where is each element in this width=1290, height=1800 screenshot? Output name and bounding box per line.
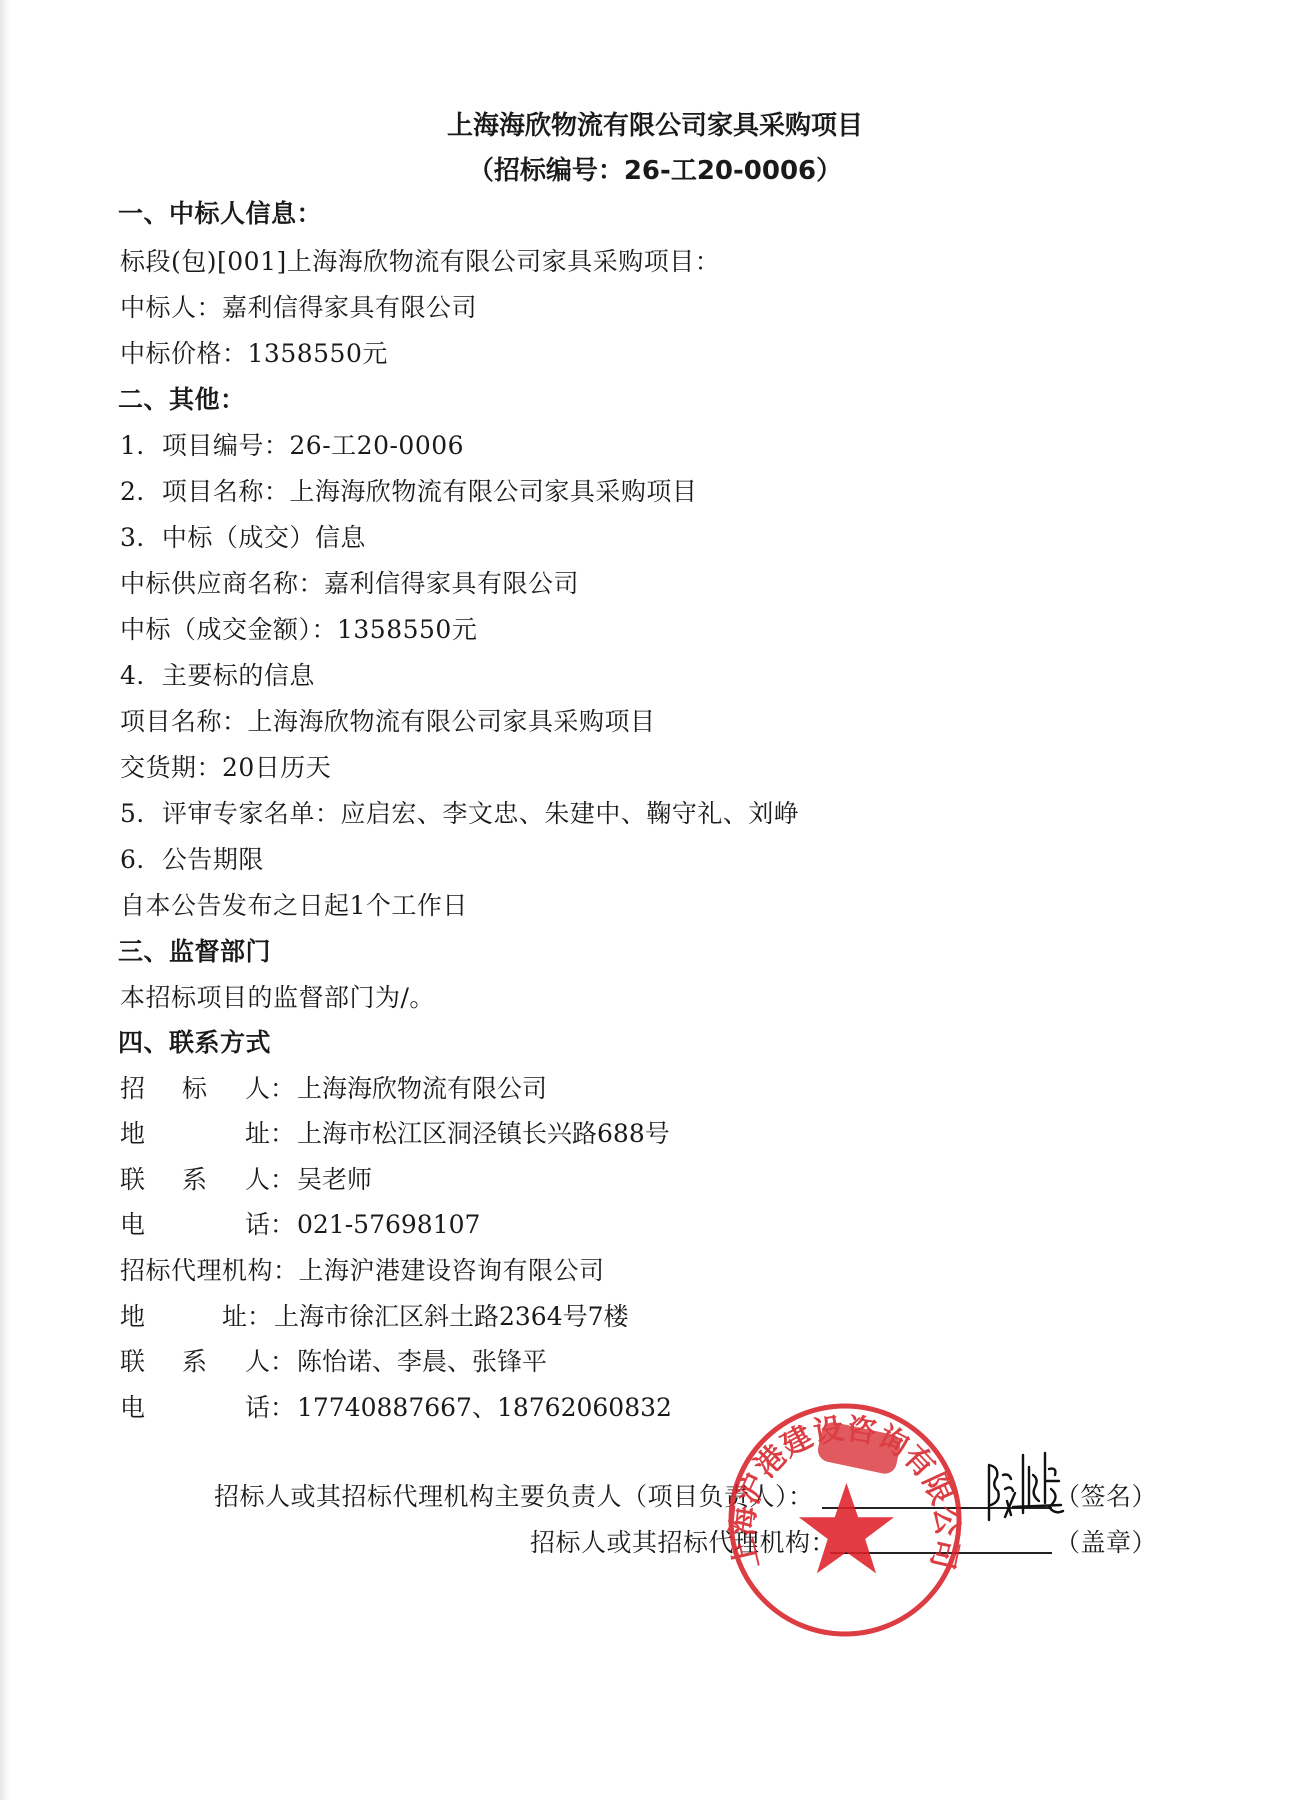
signature-suffix-sign: （签名） [1055, 1482, 1157, 1512]
label-char: 系 [182, 1165, 207, 1195]
other-item: 中标（成交金额）：1358550元 [120, 615, 477, 645]
agency-label: 招标代理机构： [120, 1256, 299, 1285]
agency-row: 招标代理机构：上海沪港建设咨询有限公司 [120, 1256, 605, 1286]
price-label: 中标价格： [120, 339, 248, 368]
section-heading-winner-info: 一、中标人信息： [118, 199, 322, 229]
label-char: 址： [245, 1119, 295, 1149]
tenderer-phone: 021-57698107 [297, 1210, 480, 1240]
label-char: 标 [182, 1074, 207, 1104]
label-char: 系 [182, 1347, 207, 1377]
tenderer-name: 上海海欣物流有限公司 [297, 1074, 547, 1104]
label-char: 人： [245, 1074, 295, 1104]
label-char: 话： [245, 1393, 295, 1423]
page-edge-shadow [0, 0, 10, 1800]
other-item: 交货期：20日历天 [120, 753, 331, 783]
handwritten-signature [985, 1445, 1065, 1530]
lot-line: 标段(包)[001]上海海欣物流有限公司家具采购项目： [120, 247, 720, 277]
label-char: 电 [120, 1393, 145, 1423]
section-heading-supervision: 三、监督部门 [118, 937, 271, 967]
tenderer-contact: 吴老师 [297, 1165, 372, 1195]
agency-contact: 陈怡诺、李晨、张锋平 [297, 1347, 547, 1377]
tenderer-address: 上海市松江区洞泾镇长兴路688号 [297, 1119, 670, 1149]
signature-suffix-seal: （盖章） [1055, 1528, 1157, 1558]
signature-label-responsible: 招标人或其招标代理机构主要负责人（项目负责人）： [214, 1482, 814, 1512]
winner-line: 中标人：嘉利信得家具有限公司 [120, 293, 477, 323]
price-value: 1358550元 [248, 339, 388, 368]
other-item: 3．中标（成交）信息 [120, 523, 366, 553]
other-item: 4．主要标的信息 [120, 661, 315, 691]
agency-phone: 17740887667、18762060832 [297, 1393, 672, 1423]
agency-name: 上海沪港建设咨询有限公司 [299, 1256, 605, 1285]
other-item: 2．项目名称：上海海欣物流有限公司家具采购项目 [120, 477, 697, 507]
other-item: 5．评审专家名单：应启宏、李文忠、朱建中、鞠守礼、刘峥 [120, 799, 799, 829]
other-item: 6．公告期限 [120, 845, 264, 875]
other-item: 中标供应商名称：嘉利信得家具有限公司 [120, 569, 579, 599]
price-line: 中标价格：1358550元 [120, 339, 388, 369]
label-char: 址： [222, 1302, 272, 1332]
document-title: 上海海欣物流有限公司家具采购项目 [0, 105, 1290, 142]
label-char: 联 [120, 1347, 145, 1377]
winner-label: 中标人： [120, 293, 222, 322]
section-heading-other: 二、其他： [118, 385, 246, 415]
other-item: 项目名称：上海海欣物流有限公司家具采购项目 [120, 707, 656, 737]
tender-number: （招标编号：26-工20-0006） [0, 150, 1290, 187]
label-char: 人： [245, 1347, 295, 1377]
label-char: 话： [245, 1210, 295, 1240]
label-char: 联 [120, 1165, 145, 1195]
supervision-text: 本招标项目的监督部门为/。 [120, 983, 435, 1013]
label-char: 招 [120, 1074, 145, 1104]
company-seal: 上海沪港建设咨询有限公司 [727, 1400, 963, 1640]
section-heading-contact: 四、联系方式 [118, 1028, 271, 1058]
agency-address: 上海市徐汇区斜土路2364号7楼 [274, 1302, 629, 1332]
other-item: 1．项目编号：26-工20-0006 [120, 431, 464, 461]
label-char: 人： [245, 1165, 295, 1195]
winner-name: 嘉利信得家具有限公司 [222, 293, 477, 322]
label-char: 地 [120, 1302, 145, 1332]
other-item: 自本公告发布之日起1个工作日 [120, 891, 468, 921]
label-char: 电 [120, 1210, 145, 1240]
label-char: 地 [120, 1119, 145, 1149]
